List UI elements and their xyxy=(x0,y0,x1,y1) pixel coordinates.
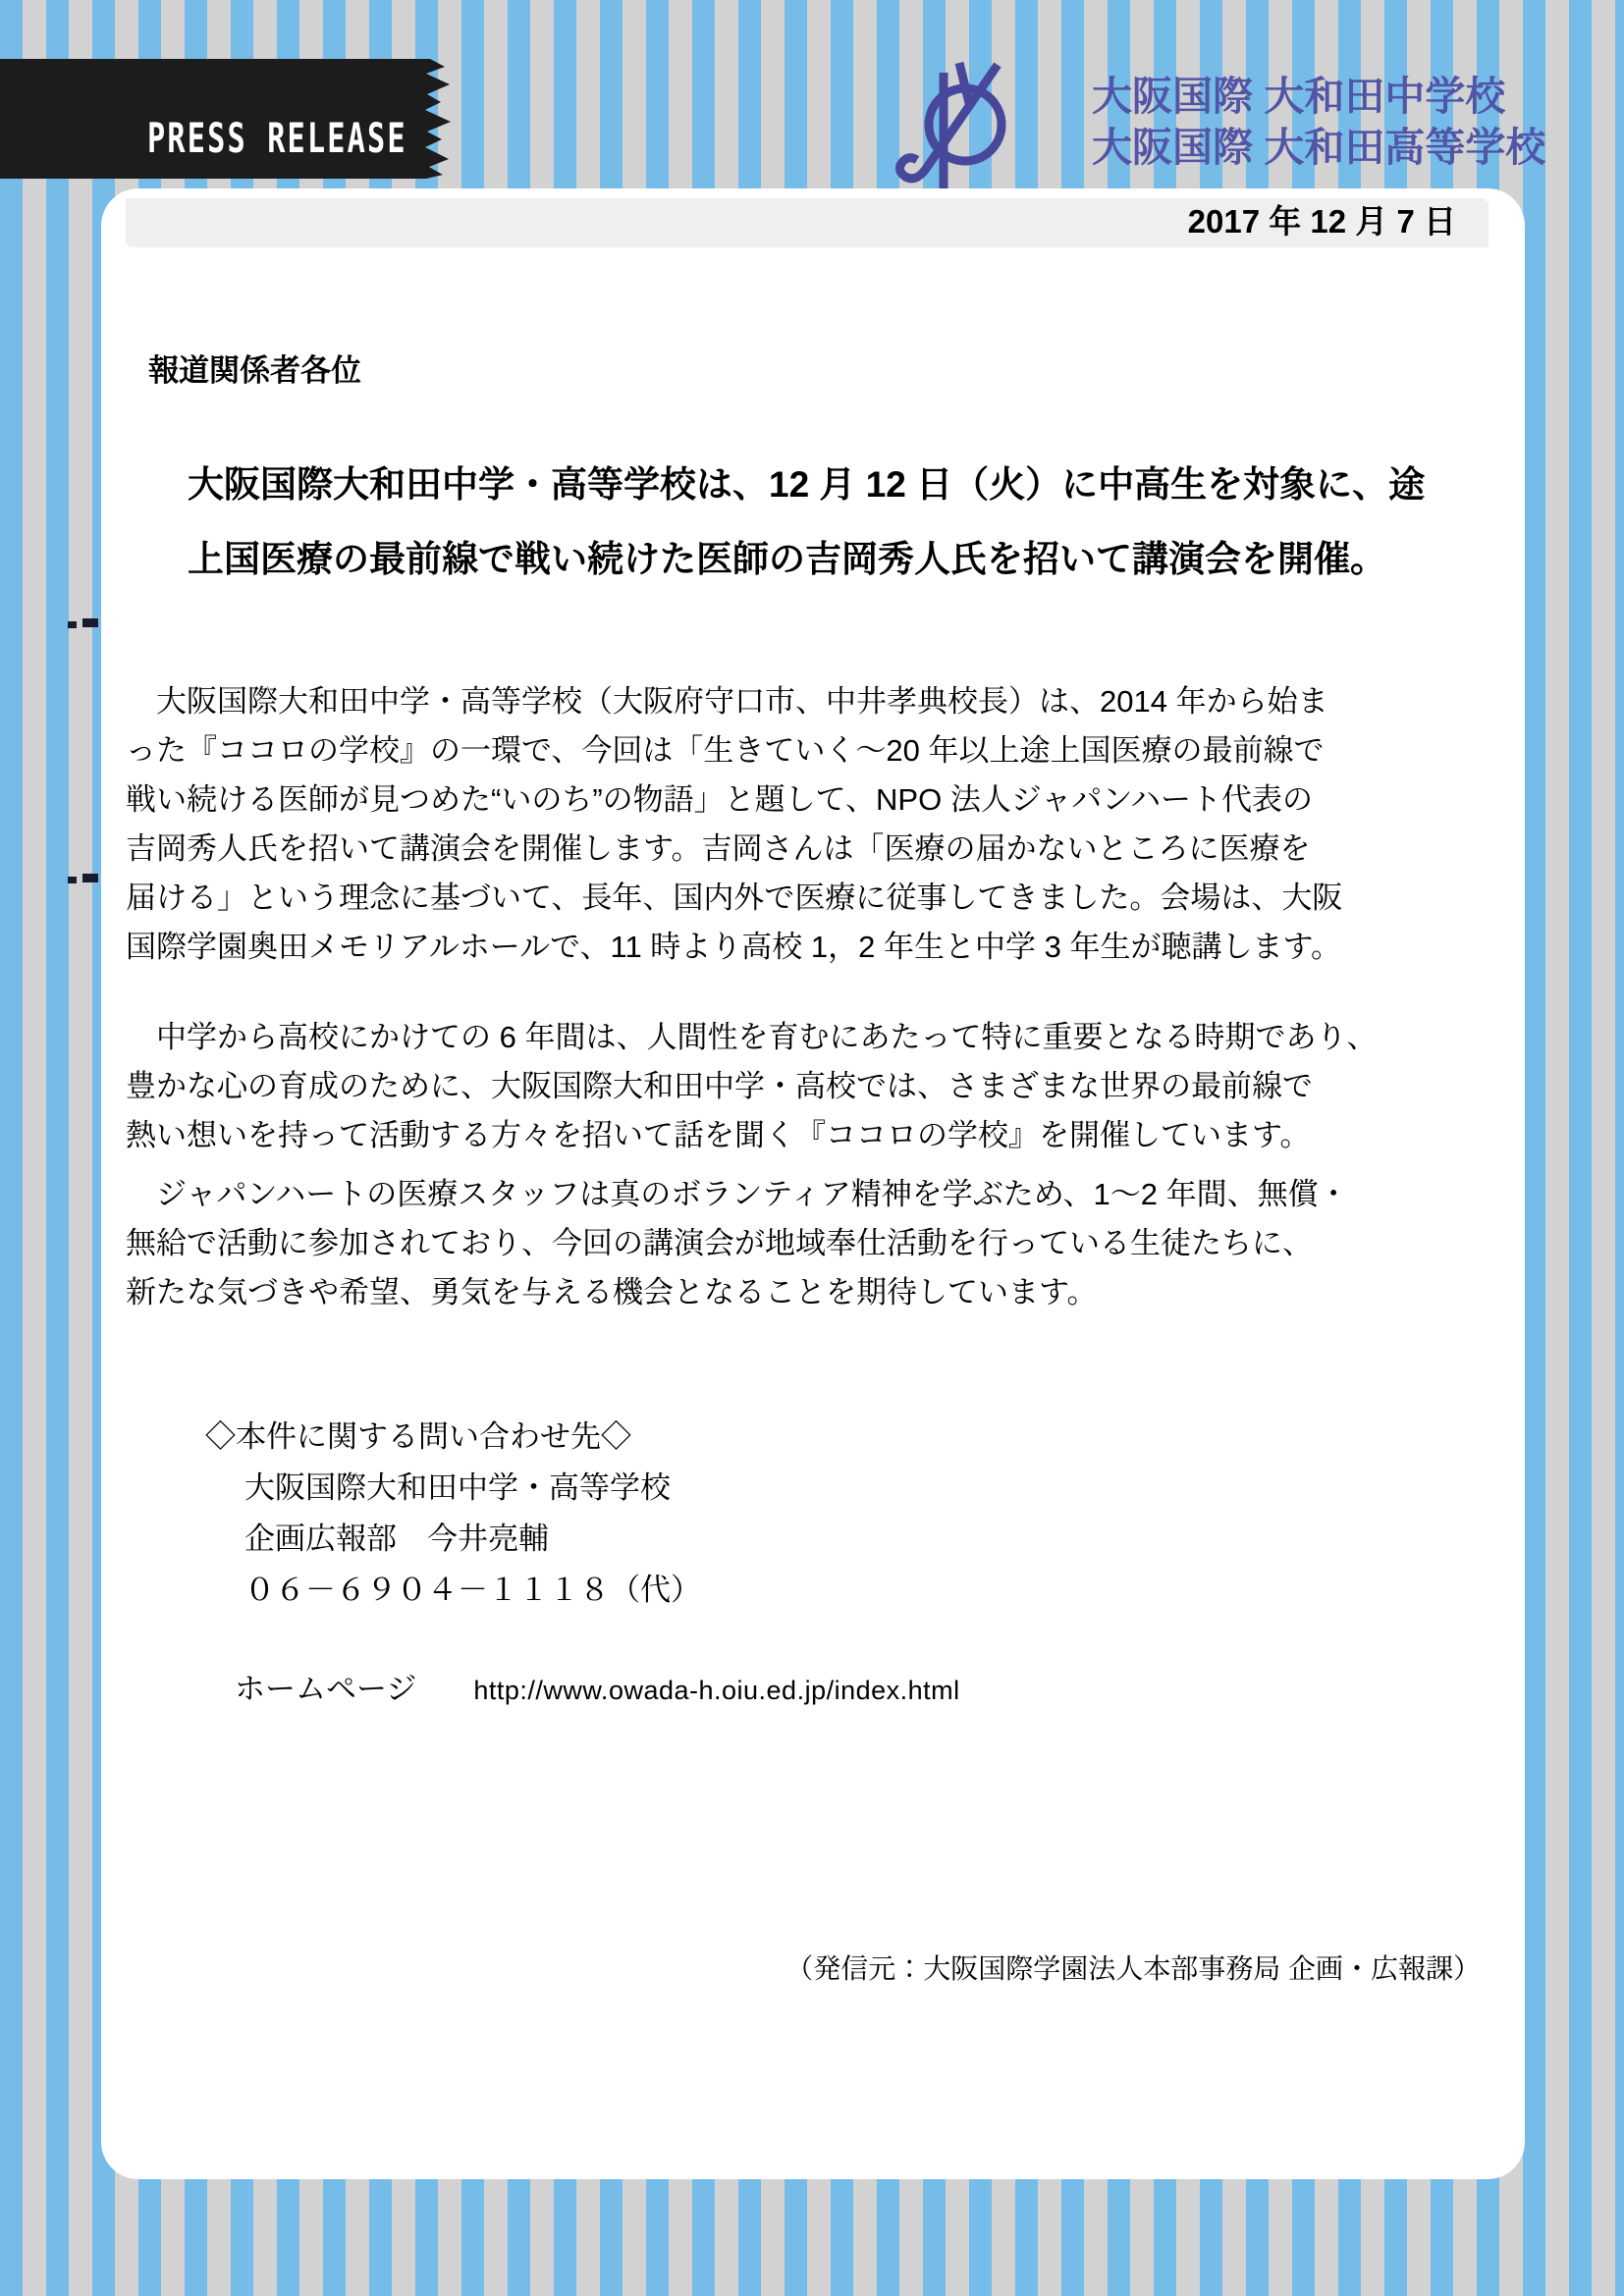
registration-mark xyxy=(82,618,98,627)
school-name-junior-high: 大阪国際 大和田中学校 xyxy=(1092,71,1545,122)
homepage-label: ホームページ xyxy=(235,1672,416,1706)
paragraph-line: 吉岡秀人氏を招いて講演会を開催します。吉岡さんは「医療の届かないところに医療を xyxy=(126,825,1489,874)
paragraph-line: 国際学園奥田メモリアルホールで、11 時より高校 1，2 年生と中学 3 年生が… xyxy=(126,923,1489,972)
contact-heading: ◇本件に関する問い合わせ先◇ xyxy=(205,1412,701,1463)
body-paragraph-2: 中学から高校にかけての 6 年間は、人間性を育むにあたって特に重要となる時期であ… xyxy=(126,1013,1489,1160)
press-release-label: PRESS RELEASE xyxy=(147,114,407,162)
press-release-page: PRESS RELEASE 大阪国際 大和田中学校 大阪国際 大和田高等学校 2… xyxy=(0,0,1624,2296)
contact-person: 企画広報部 今井亮輔 xyxy=(205,1514,701,1565)
body-paragraph-1: 大阪国際大和田中学・高等学校（大阪府守口市、中井孝典校長）は、2014 年から始… xyxy=(126,677,1489,972)
paragraph-line: 戦い続ける医師が見つめた“いのち”の物語」と題して、NPO 法人ジャパンハート代… xyxy=(126,775,1489,825)
headline: 大阪国際大和田中学・高等学校は、12 月 12 日（火）に中高生を対象に、途 上… xyxy=(188,448,1488,597)
body-paragraph-3: ジャパンハートの医療スタッフは真のボランティア精神を学ぶため、1～2 年間、無償… xyxy=(126,1170,1489,1317)
homepage-row: ホームページhttp://www.owada-h.oiu.ed.jp/index… xyxy=(235,1664,960,1708)
contact-block: ◇本件に関する問い合わせ先◇ 大阪国際大和田中学・高等学校 企画広報部 今井亮輔… xyxy=(205,1412,701,1616)
school-logo-text: 大阪国際 大和田中学校 大阪国際 大和田高等学校 xyxy=(1092,71,1545,173)
homepage-url: http://www.owada-h.oiu.ed.jp/index.html xyxy=(473,1676,959,1705)
press-release-ribbon: PRESS RELEASE xyxy=(0,59,454,179)
paragraph-line: 大阪国際大和田中学・高等学校（大阪府守口市、中井孝典校長）は、2014 年から始… xyxy=(126,677,1489,726)
release-date: 2017 年 12 月 7 日 xyxy=(1188,203,1456,240)
paragraph-line: 無給で活動に参加されており、今回の講演会が地域奉仕活動を行っている生徒たちに、 xyxy=(126,1219,1489,1268)
school-name-senior-high: 大阪国際 大和田高等学校 xyxy=(1092,122,1545,173)
paragraph-line: 届ける」という理念に基づいて、長年、国内外で医療に従事してきました。会場は、大阪 xyxy=(126,874,1489,923)
registration-mark xyxy=(82,874,98,882)
paragraph-line: った『ココロの学校』の一環で、今回は「生きていく～20 年以上途上国医療の最前線… xyxy=(126,726,1489,775)
paragraph-line: 豊かな心の育成のために、大阪国際大和田中学・高校では、さまざまな世界の最前線で xyxy=(126,1062,1489,1111)
date-band: 2017 年 12 月 7 日 xyxy=(126,198,1486,244)
school-logo-mark-icon xyxy=(887,55,1052,204)
document-card: 2017 年 12 月 7 日 報道関係者各位 大阪国際大和田中学・高等学校は、… xyxy=(101,188,1525,2179)
registration-mark xyxy=(68,877,77,883)
headline-line: 大阪国際大和田中学・高等学校は、12 月 12 日（火）に中高生を対象に、途 xyxy=(188,448,1488,522)
contact-school: 大阪国際大和田中学・高等学校 xyxy=(205,1463,701,1514)
source-note: （発信元：大阪国際学園法人本部事務局 企画・広報課） xyxy=(785,1948,1481,1987)
paragraph-line: 熱い想いを持って活動する方々を招いて話を聞く『ココロの学校』を開催しています。 xyxy=(126,1111,1489,1160)
salutation: 報道関係者各位 xyxy=(148,346,361,390)
contact-phone: ０６－６９０４－１１１８（代） xyxy=(205,1565,701,1616)
paragraph-line: ジャパンハートの医療スタッフは真のボランティア精神を学ぶため、1～2 年間、無償… xyxy=(126,1170,1489,1219)
paragraph-line: 中学から高校にかけての 6 年間は、人間性を育むにあたって特に重要となる時期であ… xyxy=(126,1013,1489,1062)
paragraph-line: 新たな気づきや希望、勇気を与える機会となることを期待しています。 xyxy=(126,1268,1489,1317)
registration-mark xyxy=(68,621,77,628)
headline-line: 上国医療の最前線で戦い続けた医師の吉岡秀人氏を招いて講演会を開催。 xyxy=(188,522,1488,597)
